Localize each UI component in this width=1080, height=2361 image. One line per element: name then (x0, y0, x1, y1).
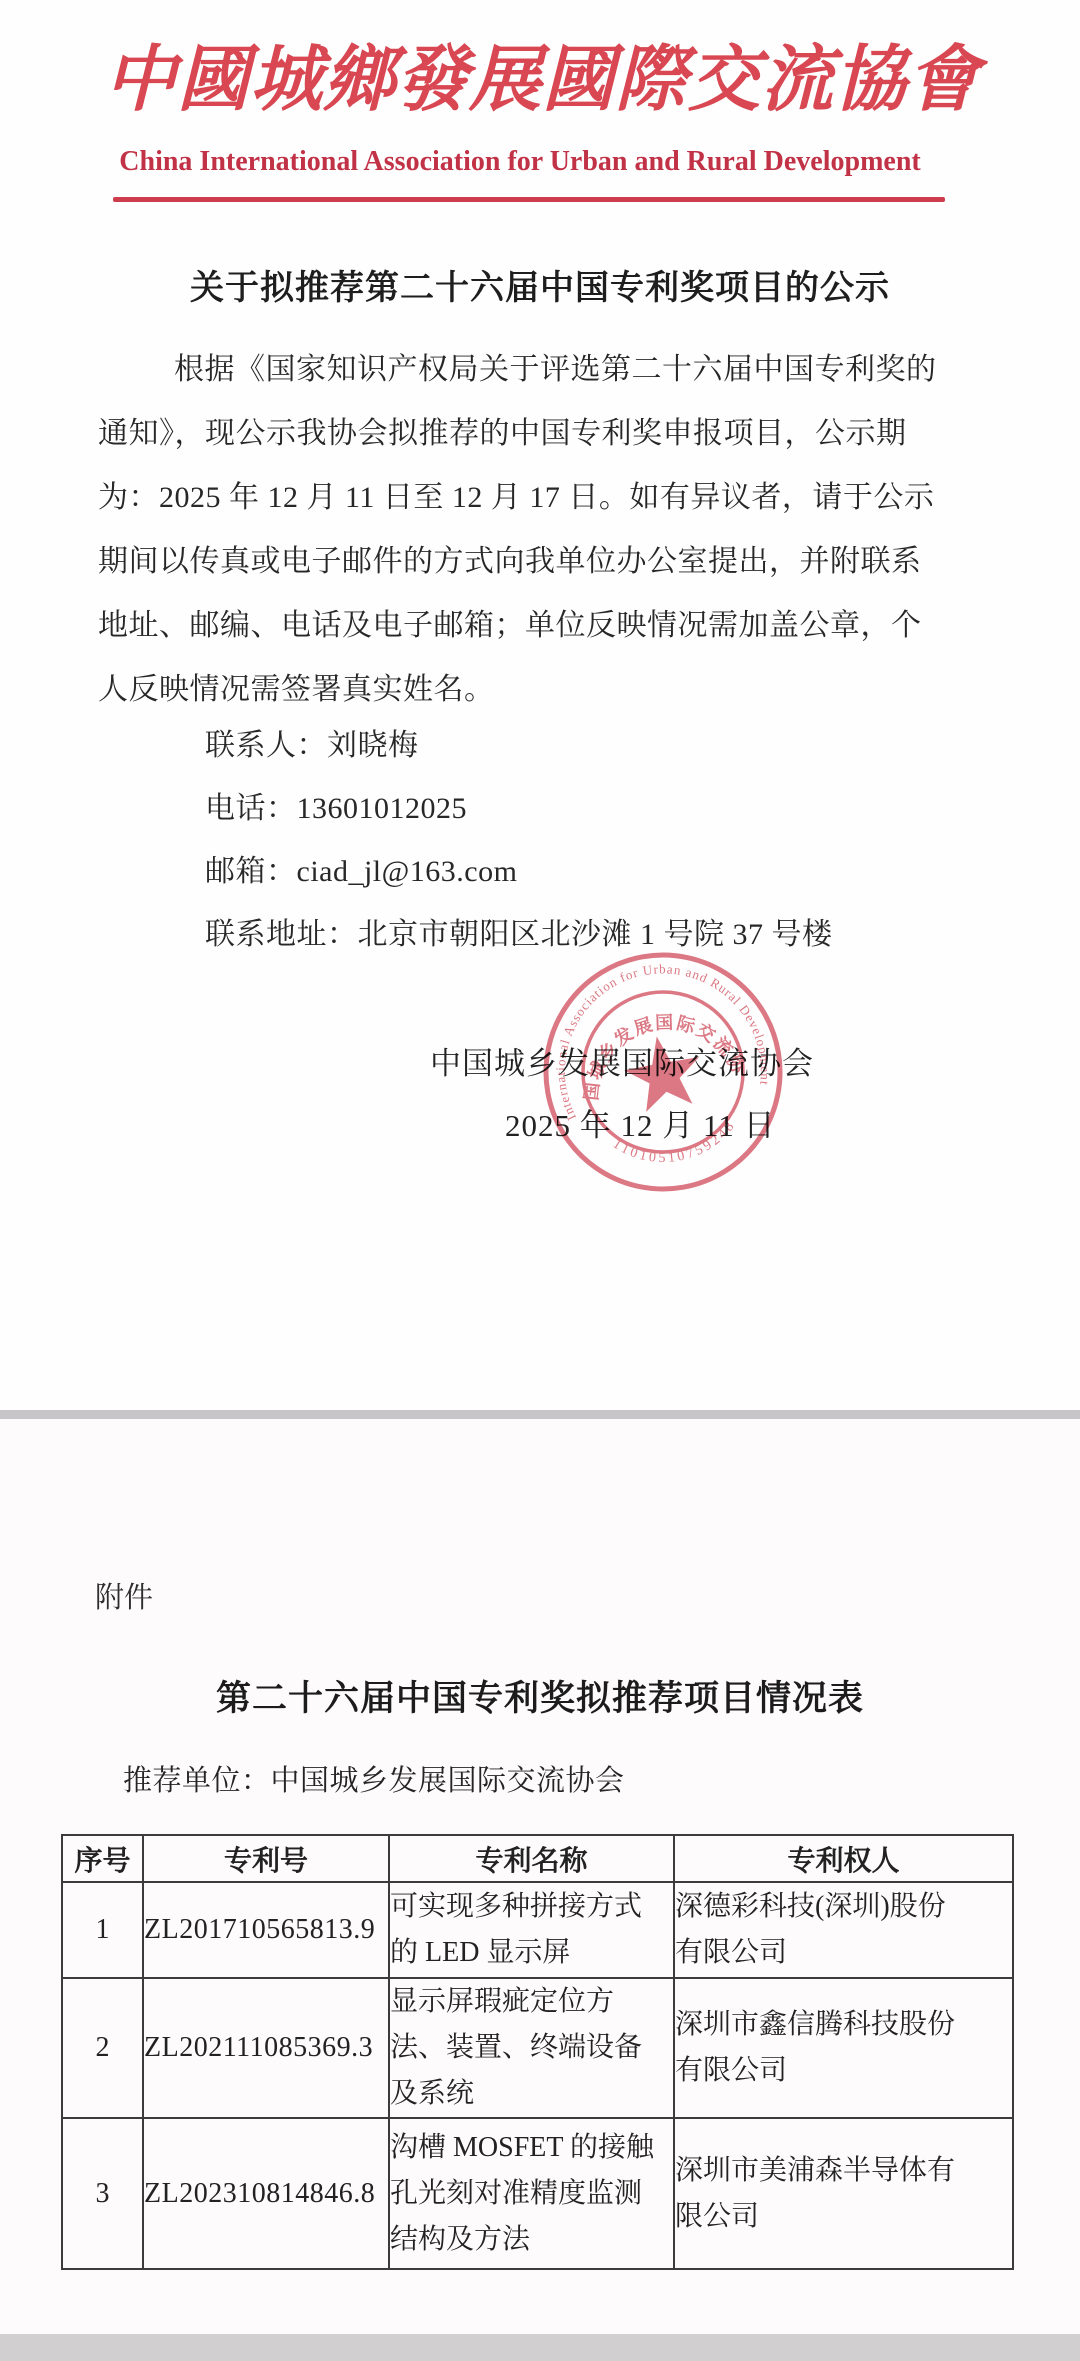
attachment-label: 附件 (95, 1575, 153, 1616)
patent-table: 序号 专利号 专利名称 专利权人 1 ZL201710565813.9 可实现多… (61, 1834, 1014, 2270)
row-index: 1 (62, 1882, 143, 1978)
svg-text:11010510759248: 11010510759248 (608, 1116, 744, 1176)
org-english-name: China International Association for Urba… (60, 146, 980, 178)
table-row: 1 ZL201710565813.9 可实现多种拼接方式 的 LED 显示屏 深… (62, 1882, 1013, 1978)
patent-number: ZL202111085369.3 (143, 1978, 389, 2118)
table-header-row: 序号 专利号 专利名称 专利权人 (62, 1835, 1013, 1882)
patent-number: ZL201710565813.9 (143, 1882, 389, 1978)
contact-email-line: 邮箱：ciad_jl@163.com (205, 840, 833, 903)
patent-name: 沟槽 MOSFET 的接触 孔光刻对准精度监测 结构及方法 (389, 2118, 674, 2269)
patentee: 深圳市鑫信腾科技股份 有限公司 (674, 1978, 1013, 2118)
attachment-page: 附件 第二十六届中国专利奖拟推荐项目情况表 推荐单位：中国城乡发展国际交流协会 … (0, 1419, 1080, 2334)
patentee: 深圳市美浦森半导体有 限公司 (674, 2118, 1013, 2269)
notice-title: 关于拟推荐第二十六届中国专利奖项目的公示 (0, 260, 1080, 309)
recommender-line: 推荐单位：中国城乡发展国际交流协会 (123, 1758, 625, 1799)
col-header-patent-no: 专利号 (143, 1835, 389, 1882)
col-header-index: 序号 (62, 1835, 143, 1882)
col-header-patent-name: 专利名称 (389, 1835, 674, 1882)
attachment-table-title: 第二十六届中国专利奖拟推荐项目情况表 (0, 1671, 1080, 1721)
official-seal-stamp-icon: International Association for Urban and … (518, 927, 808, 1217)
notice-body: 根据《国家知识产权局关于评选第二十六届中国专利奖的 通知》，现公示我协会拟推荐的… (98, 338, 990, 722)
letterhead-rule (113, 197, 945, 202)
seal-number-text: 11010510759248 (608, 1116, 744, 1176)
contact-block: 联系人：刘晓梅 电话：13601012025 邮箱：ciad_jl@163.co… (205, 714, 833, 966)
table-row: 2 ZL202111085369.3 显示屏瑕疵定位方 法、装置、终端设备 及系… (62, 1978, 1013, 2118)
contact-phone-line: 电话：13601012025 (205, 777, 833, 840)
org-calligraphy-logo: 中國城鄉發展國際交流協會 (104, 30, 944, 130)
patent-name: 显示屏瑕疵定位方 法、装置、终端设备 及系统 (389, 1978, 674, 2118)
patent-name: 可实现多种拼接方式 的 LED 显示屏 (389, 1882, 674, 1978)
contact-person-line: 联系人：刘晓梅 (205, 714, 833, 777)
col-header-patentee: 专利权人 (674, 1835, 1013, 1882)
page-divider (0, 1410, 1080, 1419)
row-index: 2 (62, 1978, 143, 2118)
bottom-scan-edge (0, 2334, 1080, 2361)
table-row: 3 ZL202310814846.8 沟槽 MOSFET 的接触 孔光刻对准精度… (62, 2118, 1013, 2269)
patentee: 深德彩科技(深圳)股份 有限公司 (674, 1882, 1013, 1978)
notice-page: 中國城鄉發展國際交流協會 China International Associa… (0, 0, 1080, 1410)
row-index: 3 (62, 2118, 143, 2269)
patent-number: ZL202310814846.8 (143, 2118, 389, 2269)
